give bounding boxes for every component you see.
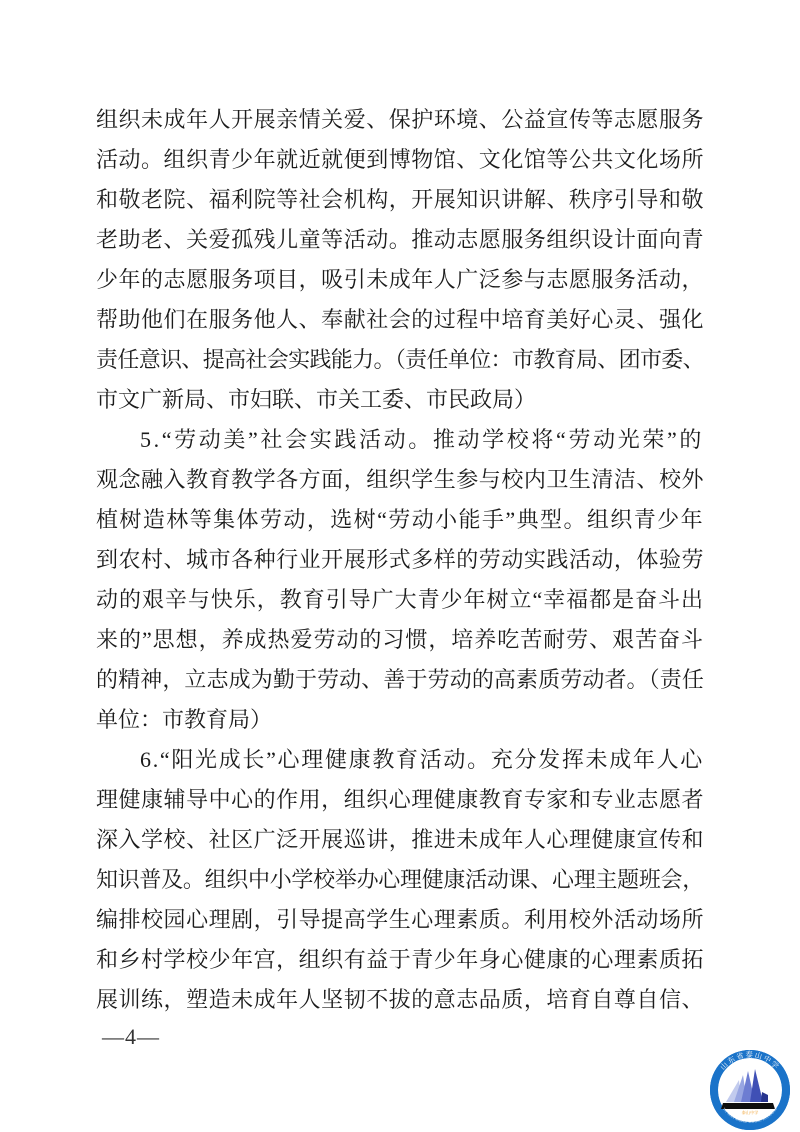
text-line: 深入学校、社区广泛开展巡讲，推进未成年人心理健康宣传和: [96, 820, 704, 860]
text-line: 市文广新局、市妇联、市关工委、市民政局）: [96, 380, 704, 420]
text-line: 植树造林等集体劳动，选树“劳动小能手”典型。组织青少年: [96, 500, 704, 540]
document-body: 组织未成年人开展亲情关爱、保护环境、公益宣传等志愿服务 活动。组织青少年就近就便…: [96, 100, 704, 1020]
text-line: 动的艰辛与快乐，教育引导广大青少年树立“幸福都是奋斗出: [96, 580, 704, 620]
text-line: 帮助他们在服务他人、奉献社会的过程中培育美好心灵、强化: [96, 300, 704, 340]
text-line: 5.“劳动美”社会实践活动。推动学校将“劳动光荣”的: [96, 420, 704, 460]
seal-base-text: 泰山中学: [742, 1109, 760, 1116]
document-page: { "page": { "number": "—4—" }, "document…: [0, 0, 800, 1132]
text-line: 6.“阳光成长”心理健康教育活动。充分发挥未成年人心: [96, 740, 704, 780]
text-line: 展训练，塑造未成年人坚韧不拔的意志品质，培育自尊自信、: [96, 980, 704, 1020]
text-line: 来的”思想，养成热爱劳动的习惯，培养吃苦耐劳、艰苦奋斗: [96, 620, 704, 660]
page-number: —4—: [102, 1024, 160, 1050]
text-line: 知识普及。组织中小学校举办心理健康活动课、心理主题班会，: [96, 860, 704, 900]
text-line: 单位：市教育局）: [96, 700, 704, 740]
seal-base-bar: [721, 1103, 775, 1109]
text-line: 到农村、城市各种行业开展形式多样的劳动实践活动，体验劳: [96, 540, 704, 580]
text-line: 的精神，立志成为勤于劳动、善于劳动的高素质劳动者。（责任: [96, 660, 704, 700]
text-line: 编排校园心理剧，引导提高学生心理素质。利用校外活动场所: [96, 900, 704, 940]
text-line: 和乡村学校少年宫，组织有益于青少年身心健康的心理素质拓: [96, 940, 704, 980]
seal-svg: 泰山中学 山东省泰山中学 TAI SHAN MIDDLE SCHOOL, SHA…: [710, 1050, 790, 1130]
text-line: 少年的志愿服务项目，吸引未成年人广泛参与志愿服务活动，: [96, 260, 704, 300]
taishan-middle-school-seal-icon: 泰山中学 山东省泰山中学 TAI SHAN MIDDLE SCHOOL, SHA…: [710, 1050, 790, 1130]
text-line: 老助老、关爱孤残儿童等活动。推动志愿服务组织设计面向青: [96, 220, 704, 260]
text-line: 观念融入教育教学各方面，组织学生参与校内卫生清洁、校外: [96, 460, 704, 500]
text-line: 活动。组织青少年就近就便到博物馆、文化馆等公共文化场所: [96, 140, 704, 180]
text-line: 和敬老院、福利院等社会机构，开展知识讲解、秩序引导和敬: [96, 180, 704, 220]
text-line: 组织未成年人开展亲情关爱、保护环境、公益宣传等志愿服务: [96, 100, 704, 140]
text-line: 责任意识、提高社会实践能力。（责任单位：市教育局、团市委、: [96, 340, 704, 380]
text-line: 理健康辅导中心的作用，组织心理健康教育专家和专业志愿者: [96, 780, 704, 820]
